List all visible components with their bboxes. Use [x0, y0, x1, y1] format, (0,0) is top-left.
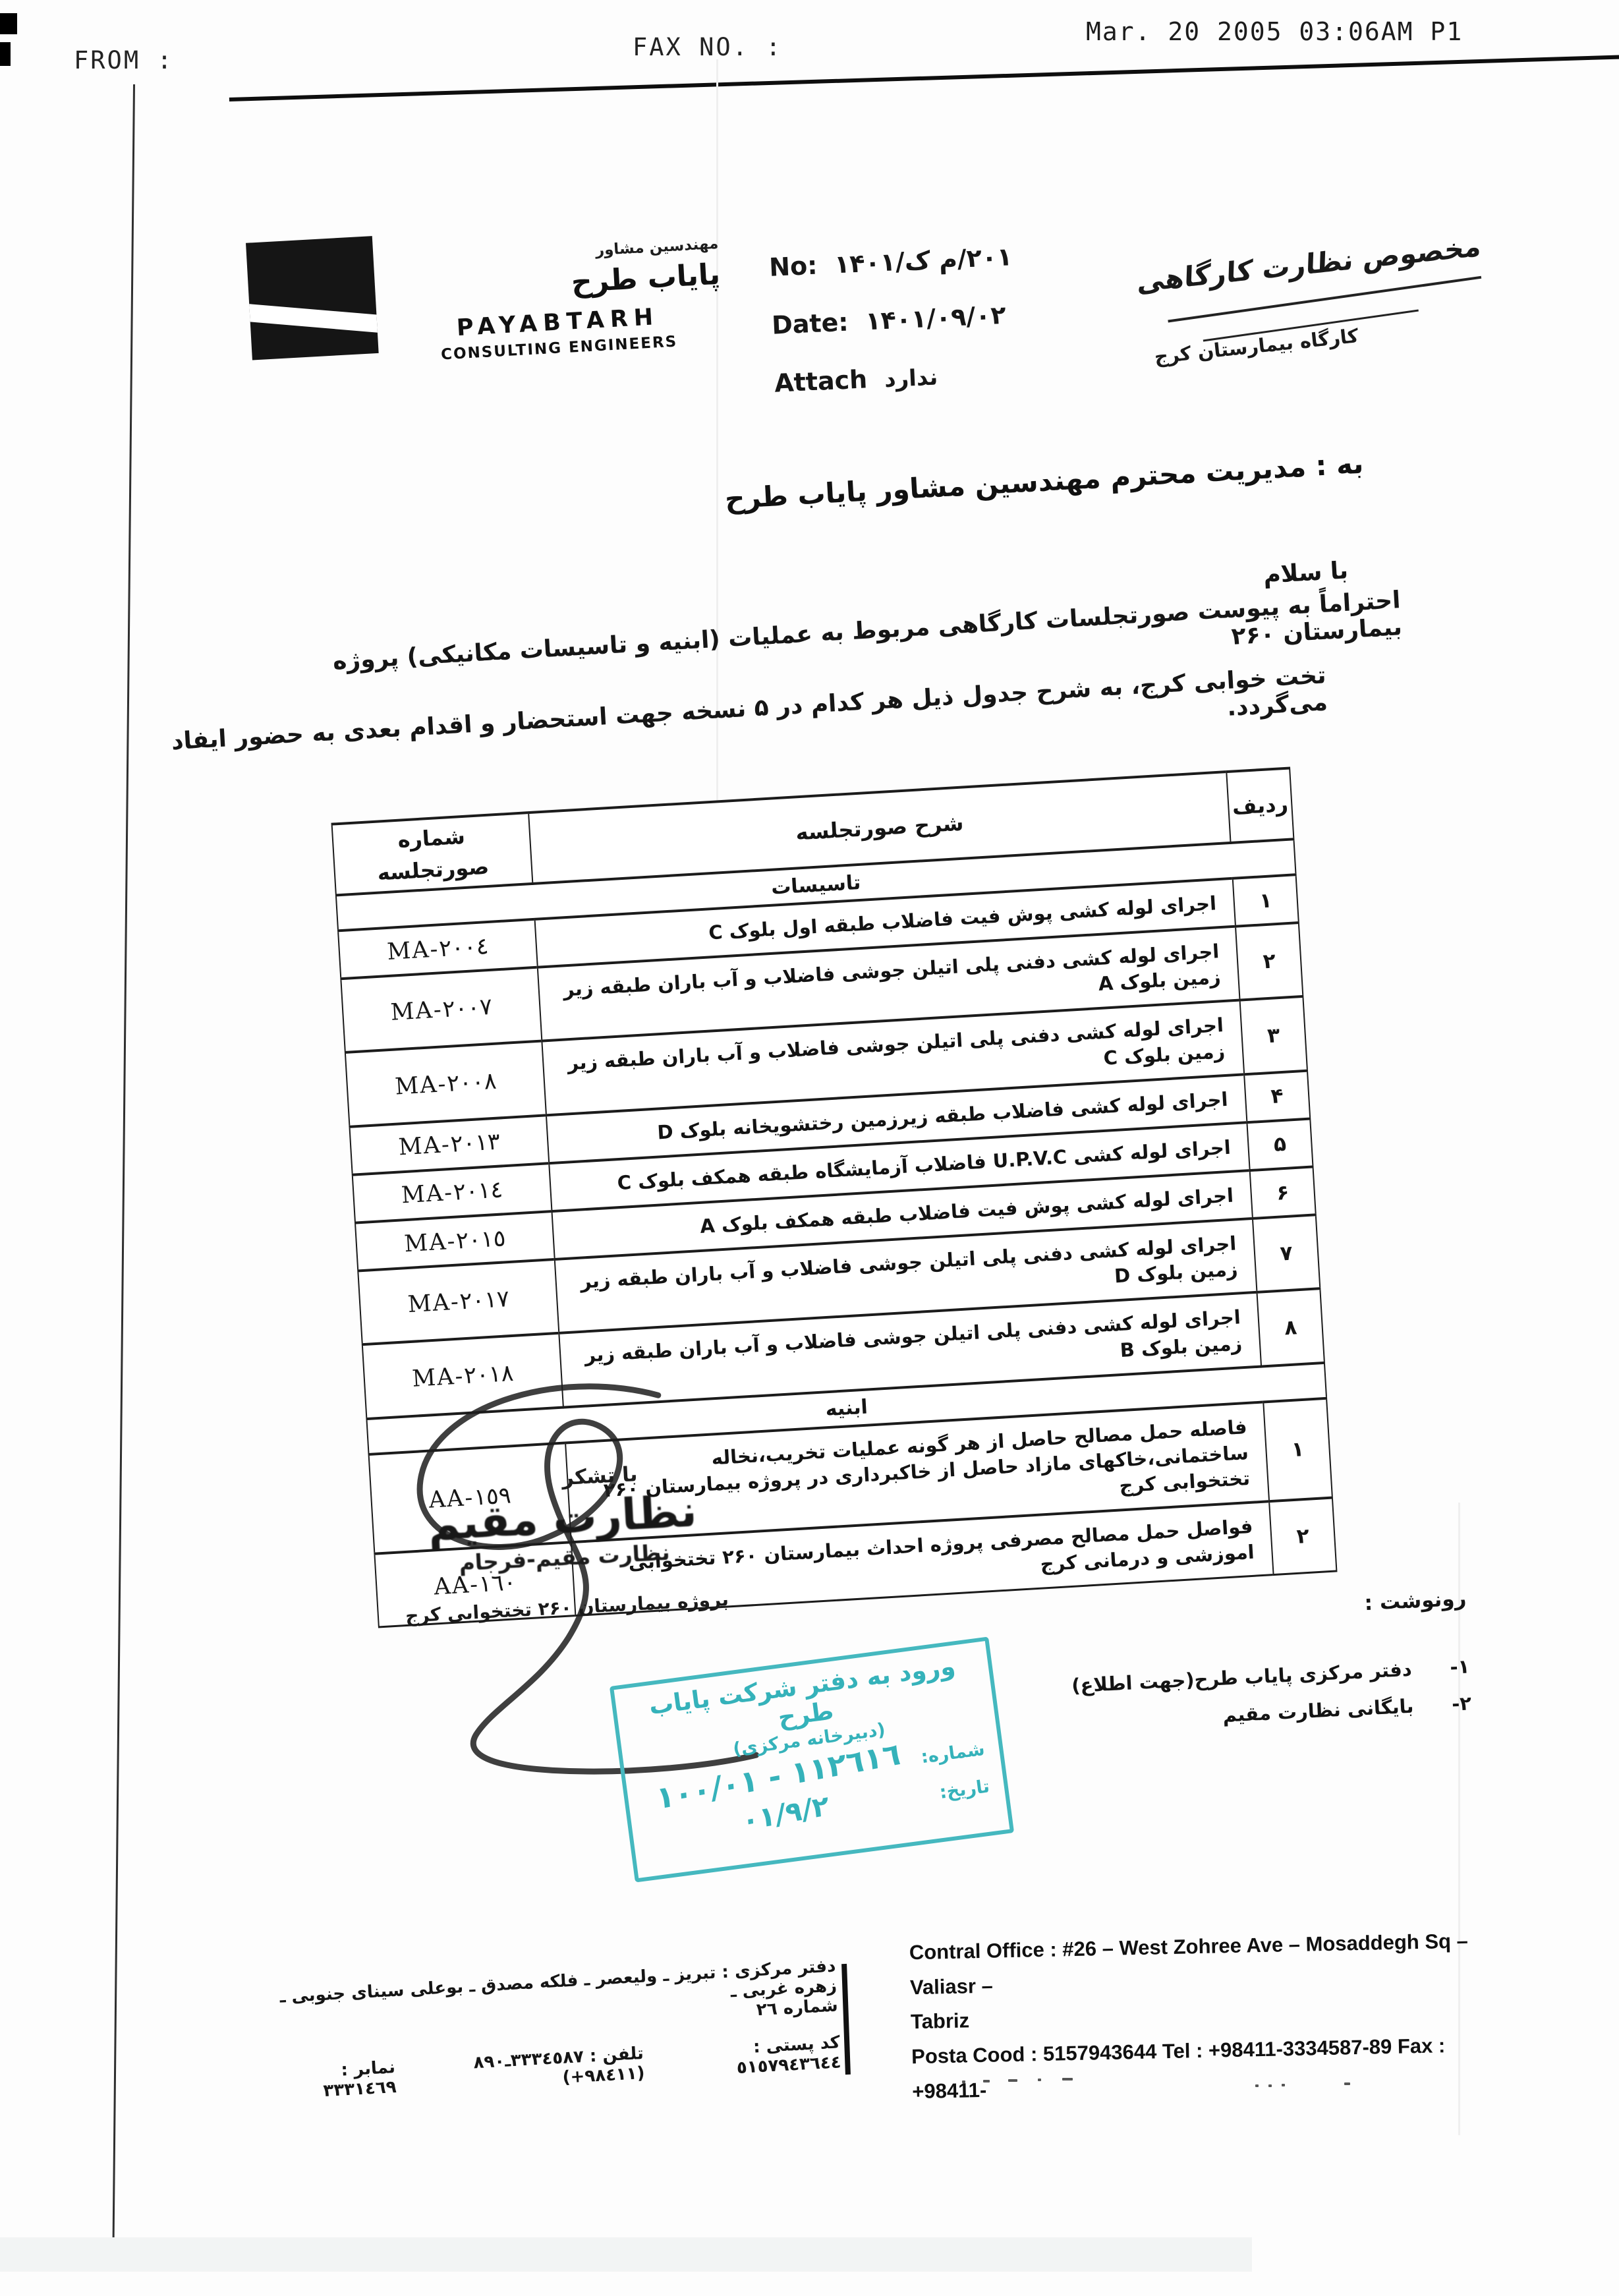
- row-minute-number: MA-٢٠٠٤: [386, 933, 489, 965]
- fax-number-label: FAX NO. :: [633, 33, 782, 61]
- date-value: ۱۴۰۱/۰۹/۰۲: [865, 301, 1006, 336]
- row-index: ۳: [1240, 996, 1307, 1074]
- signature-thanks: با تشکر: [561, 1462, 638, 1490]
- row-index: ۱: [1263, 1398, 1332, 1502]
- footer-divider: [841, 1964, 851, 2075]
- footer-english: Contral Office : #26 – West Zohree Ave –…: [909, 1924, 1492, 2109]
- row-minute-number: MA-٢٠١٤: [401, 1177, 503, 1209]
- company-logo: [246, 236, 379, 360]
- row-minute-number: MA-٢٠١٧: [407, 1286, 510, 1318]
- copies-block: رونوشت : ۱- دفتر مرکزی پایاب طرح(جهت اطل…: [992, 1587, 1473, 1752]
- fax-document-page: FROM : FAX NO. : Mar. 20 2005 03:06AM P1…: [0, 0, 1619, 2296]
- row-minute-number: MA-٢٠١٥: [403, 1225, 506, 1257]
- no-label: No:: [768, 251, 818, 282]
- stamp-number-label: شماره:: [920, 1738, 986, 1767]
- row-index: ۲: [1236, 923, 1303, 1000]
- ref-no-row: No: ۱۴۰۱/ک م/۲۰۱: [768, 237, 1112, 282]
- routing-note-block: مخصوص نظارت کارگاهی کارگاه بیمارستان کرج: [1135, 225, 1539, 369]
- row-index: ۴: [1244, 1070, 1310, 1122]
- copy-item-text: بایگانی نظارت مقیم: [1222, 1695, 1414, 1727]
- scan-speck: [1038, 2079, 1041, 2081]
- reference-block: No: ۱۴۰۱/ک م/۲۰۱ Date: ۱۴۰۱/۰۹/۰۲ Attach…: [768, 237, 1118, 426]
- scan-speck: [1268, 2084, 1272, 2087]
- copy-item-number: ۲-: [1451, 1692, 1471, 1715]
- letter-to-line: به : مدیریت محترم مهندسین مشاور پایاب طر…: [573, 447, 1365, 524]
- letterhead: مهندسین مشاور پایاب طرح PAYABTARH CONSUL…: [246, 216, 740, 374]
- footer-persian: دفتر مرکزی : تبریز ـ ولیعصر ـ فلکه مصدق …: [277, 1956, 842, 2103]
- row-index: ۱: [1233, 875, 1299, 927]
- row-index: ۸: [1257, 1289, 1324, 1367]
- scan-speck: [1255, 2084, 1259, 2087]
- scan-artifact: [0, 13, 17, 34]
- fax-from-label: FROM :: [74, 46, 174, 74]
- ref-attach-row: Attach ندارد: [774, 353, 1117, 398]
- footer-en-contact: Posta Cood : 5157943644 Tel : +98411-333…: [911, 2028, 1492, 2109]
- row-minute-number: MA-٢٠٠٨: [394, 1068, 497, 1100]
- row-index: ۷: [1253, 1215, 1320, 1292]
- row-index: ۶: [1250, 1166, 1316, 1219]
- ref-date-row: Date: ۱۴۰۱/۰۹/۰۲: [771, 295, 1114, 340]
- scan-speck: [1008, 2079, 1017, 2082]
- attach-label: Attach: [774, 364, 868, 397]
- footer-fa-postal: کد پستی : ٥١٥٧٩٤٣٦٤٤: [672, 2032, 841, 2081]
- no-value: ۱۴۰۱/ک م/۲۰۱: [834, 242, 1013, 279]
- copy-item-number: ۱-: [1450, 1655, 1470, 1678]
- routing-note: مخصوص نظارت کارگاهی: [1137, 225, 1531, 299]
- row-index: ۲: [1269, 1498, 1336, 1575]
- copies-title: رونوشت :: [992, 1587, 1467, 1634]
- row-minute-number: MA-٢٠١٣: [398, 1129, 501, 1161]
- col-header-row-no: ردیف: [1226, 768, 1293, 843]
- footer-en-address: Contral Office : #26 – West Zohree Ave –…: [909, 1924, 1490, 2005]
- attach-value: ندارد: [884, 364, 938, 393]
- copy-item: ۲- بایگانی نظارت مقیم: [997, 1692, 1472, 1737]
- copy-item: ۱- دفتر مرکزی پایاب طرح(جهت اطلاع): [995, 1655, 1470, 1700]
- scan-speck: [1282, 2084, 1285, 2086]
- logo-slash-icon: [246, 302, 379, 333]
- stamp-date-label: تاریخ:: [938, 1776, 991, 1803]
- footer-fa-tel: تلفن : ٣٣٣٤٥٨٧ـ٨٩٠ (٩٨٤١١+): [424, 2044, 645, 2096]
- brand-fa-small: مهندسین مشاور: [595, 235, 719, 259]
- row-minute-number: MA-٢٠٠٧: [390, 994, 493, 1026]
- signature-block: با تشکر نظارت مقیم نظارت مقیم-فرجام پروژ…: [352, 1390, 774, 1688]
- scan-speck: [1062, 2078, 1073, 2081]
- paper-left-edge: [112, 84, 135, 2256]
- scan-artifact-band: [0, 2237, 1252, 2272]
- fax-timestamp: Mar. 20 2005 03:06AM P1: [1086, 17, 1463, 46]
- fax-separator-line: [229, 55, 1619, 101]
- scan-speck: [1344, 2082, 1350, 2085]
- date-label: Date:: [771, 308, 849, 340]
- col-header-minute-no: شماره صورتجلسه: [332, 813, 533, 895]
- scan-speck: [983, 2080, 990, 2082]
- scan-artifact: [0, 42, 11, 66]
- letter-salutation: با سلام: [1189, 557, 1349, 592]
- footer-fa-fax: نمابر : ٣٣٣١٤٦٩: [281, 2057, 397, 2104]
- brand-fa: پایاب طرح: [571, 258, 722, 300]
- row-index: ۵: [1247, 1118, 1313, 1170]
- copy-item-text: دفتر مرکزی پایاب طرح(جهت اطلاع): [1071, 1658, 1412, 1697]
- scan-speck: [962, 2081, 965, 2083]
